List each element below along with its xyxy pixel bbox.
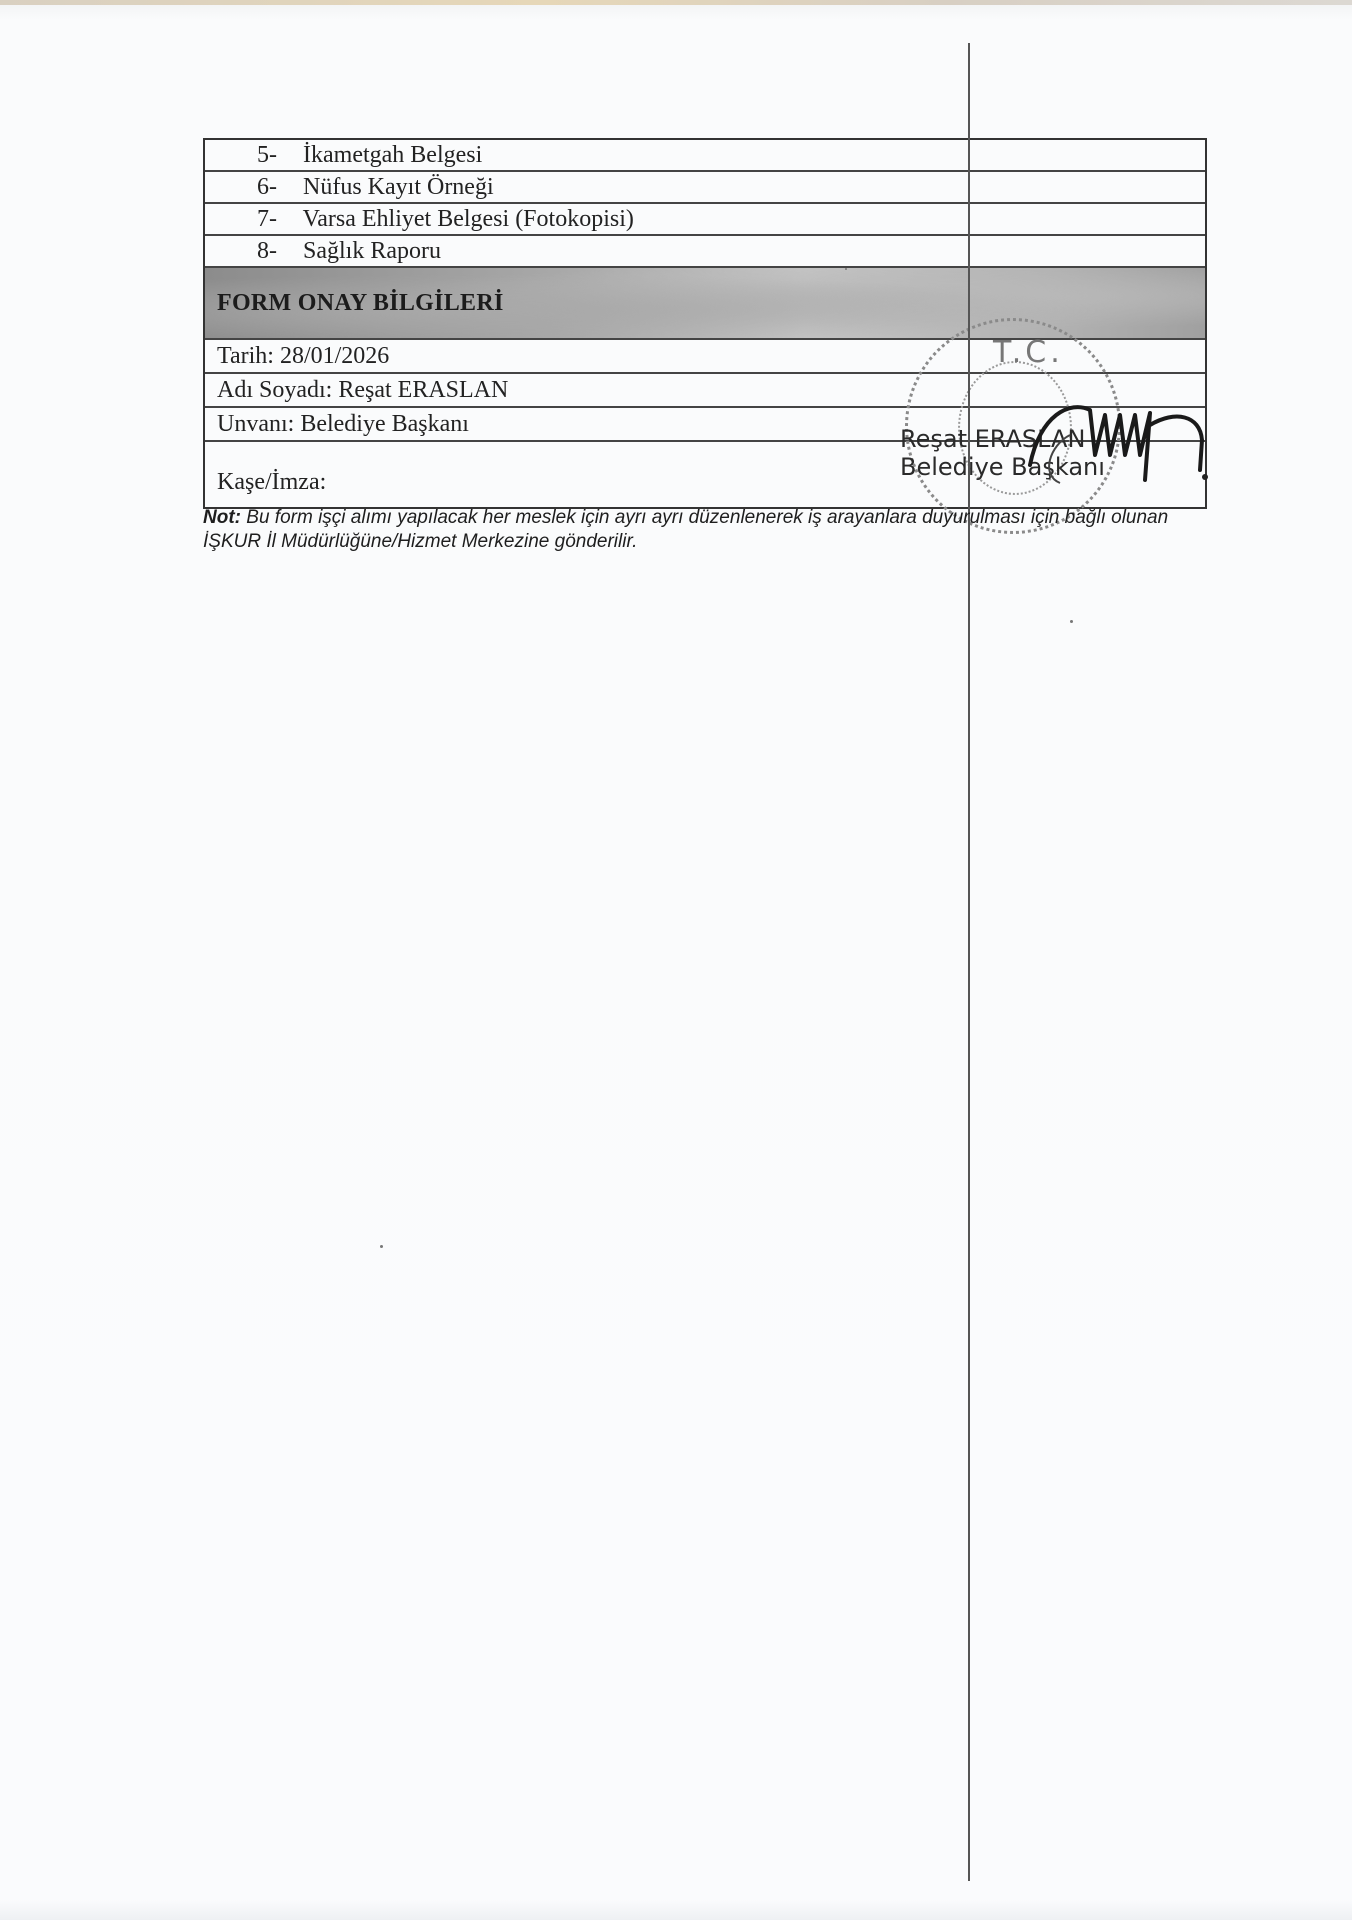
item-number: 5- — [257, 140, 297, 170]
item-label: Sağlık Raporu — [303, 238, 441, 264]
scan-speck — [1070, 620, 1073, 623]
note-label: Not: — [203, 507, 241, 528]
scan-artifact-line — [968, 43, 970, 1881]
signature-icon — [1010, 395, 1210, 485]
footnote: Not: Bu form işçi alımı yapılacak her me… — [203, 506, 1213, 554]
item-number: 7- — [257, 204, 297, 234]
item-number: 6- — [257, 172, 297, 202]
document-item-8: 8- Sağlık Raporu — [205, 236, 1205, 268]
scan-edge — [0, 0, 1352, 5]
item-number: 8- — [257, 236, 297, 266]
item-label: Nüfus Kayıt Örneği — [303, 174, 494, 200]
scan-speck — [380, 1245, 383, 1248]
item-label: İkametgah Belgesi — [303, 142, 482, 168]
item-label: Varsa Ehliyet Belgesi (Fotokopisi) — [303, 206, 634, 232]
document-item-5: 5- İkametgah Belgesi — [205, 140, 1205, 172]
document-item-6: 6- Nüfus Kayıt Örneği — [205, 172, 1205, 204]
approval-date: Tarih: 28/01/2026 — [205, 340, 1205, 374]
section-header-form-approval: FORM ONAY BİLGİLERİ — [205, 268, 1205, 340]
document-item-7: 7- Varsa Ehliyet Belgesi (Fotokopisi) — [205, 204, 1205, 236]
scan-speck — [845, 268, 847, 270]
note-text: Bu form işçi alımı yapılacak her meslek … — [203, 507, 1168, 552]
